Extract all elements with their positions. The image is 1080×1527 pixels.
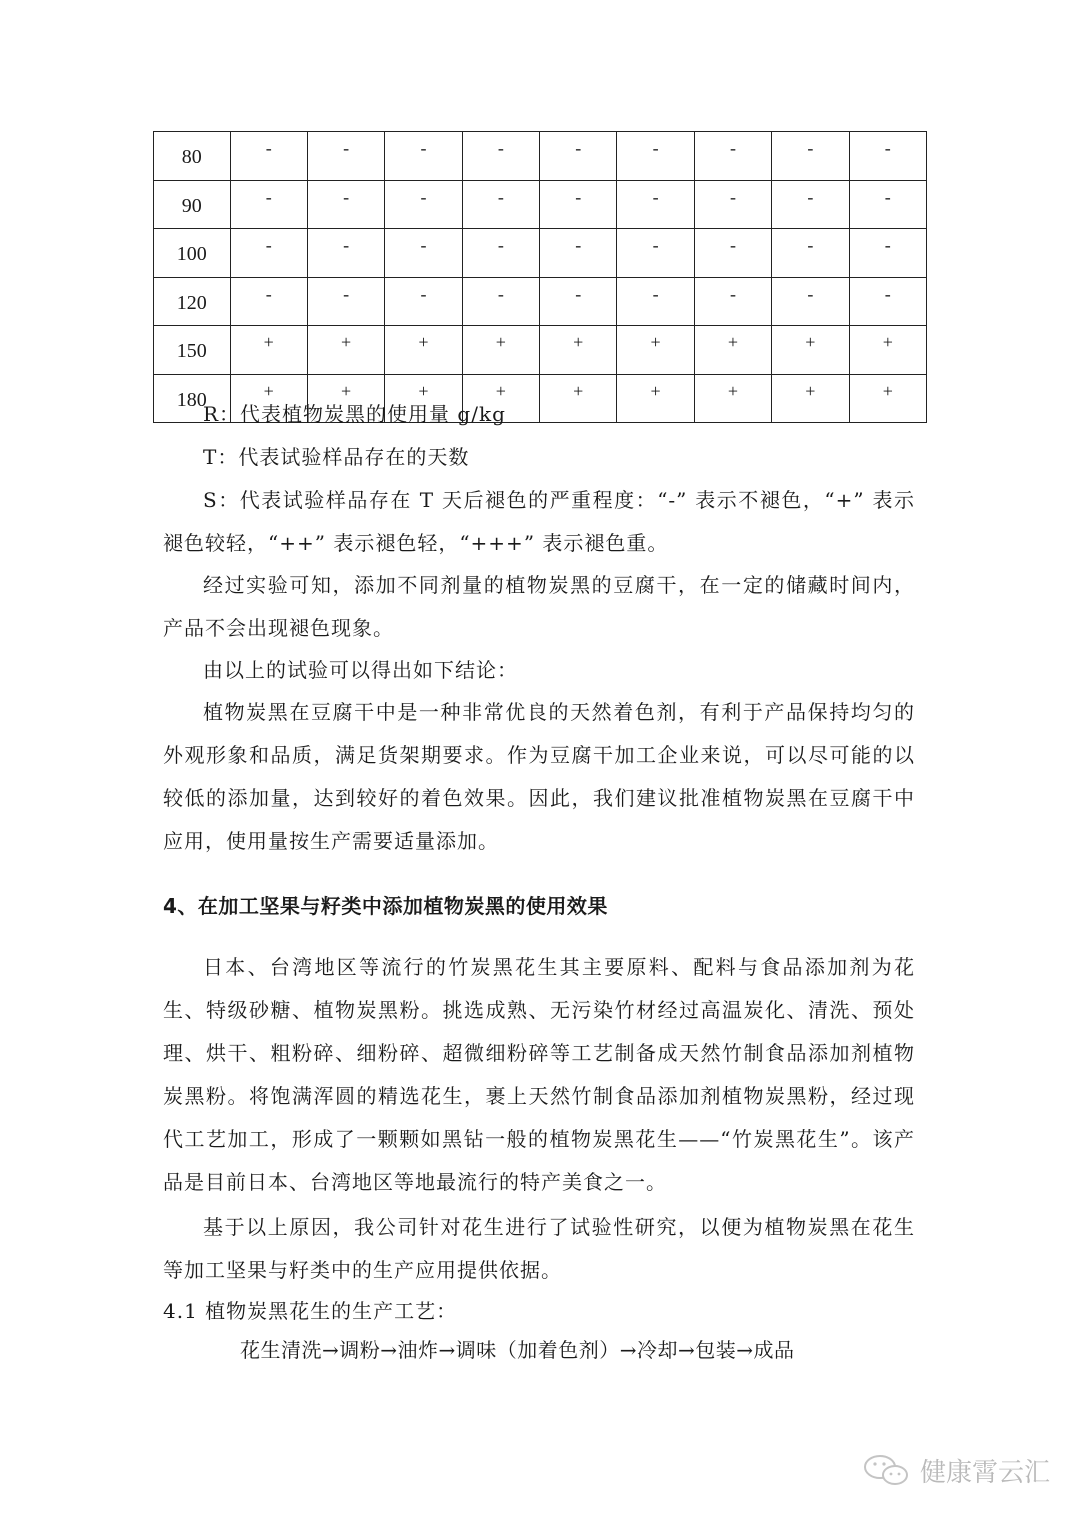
table-cell: - bbox=[540, 277, 617, 326]
table-cell: - bbox=[772, 229, 849, 278]
watermark: 健康霄云汇 bbox=[862, 1452, 1050, 1489]
table-cell: - bbox=[307, 229, 384, 278]
table-cell: + bbox=[694, 326, 771, 375]
table-cell: - bbox=[385, 180, 462, 229]
table-row: 120 - - - - - - - - - bbox=[154, 277, 927, 326]
wechat-icon bbox=[862, 1453, 912, 1489]
experiment-result-paragraph: 经过实验可知，添加不同剂量的植物炭黑的豆腐干，在一定的储藏时间内，产品不会出现褪… bbox=[163, 564, 915, 650]
table-cell: + bbox=[540, 326, 617, 375]
table-cell: - bbox=[694, 132, 771, 181]
legend-s: S：代表试验样品存在 T 天后褪色的严重程度：“-” 表示不褪色，“+” 表示褪… bbox=[163, 479, 915, 565]
table-cell: - bbox=[849, 132, 926, 181]
table-cell: - bbox=[230, 277, 307, 326]
table-cell: - bbox=[385, 229, 462, 278]
table-cell: - bbox=[462, 229, 539, 278]
table-cell: - bbox=[307, 132, 384, 181]
legend-r: R：代表植物炭黑的使用量 g/kg bbox=[163, 393, 915, 436]
table-cell: - bbox=[694, 229, 771, 278]
table-cell: + bbox=[849, 326, 926, 375]
table-cell: + bbox=[385, 326, 462, 375]
table-cell: - bbox=[462, 277, 539, 326]
subsection-heading: 4.1 植物炭黑花生的生产工艺： bbox=[163, 1290, 915, 1333]
table-cell: - bbox=[307, 180, 384, 229]
table-cell: + bbox=[230, 326, 307, 375]
table-cell: - bbox=[617, 180, 694, 229]
row-header: 90 bbox=[154, 180, 231, 229]
legend-t: T：代表试验样品存在的天数 bbox=[163, 436, 915, 479]
table-cell: - bbox=[772, 180, 849, 229]
table-cell: - bbox=[849, 229, 926, 278]
table-row: 100 - - - - - - - - - bbox=[154, 229, 927, 278]
table-cell: + bbox=[617, 326, 694, 375]
table-cell: + bbox=[462, 326, 539, 375]
table-cell: - bbox=[849, 180, 926, 229]
table-cell: - bbox=[230, 132, 307, 181]
table-cell: - bbox=[385, 277, 462, 326]
table-row: 80 - - - - - - - - - bbox=[154, 132, 927, 181]
table-cell: - bbox=[230, 229, 307, 278]
table-cell: - bbox=[617, 229, 694, 278]
table-cell: - bbox=[462, 180, 539, 229]
table-cell: - bbox=[230, 180, 307, 229]
fading-test-table: 80 - - - - - - - - - 90 - - - - - - - - bbox=[153, 131, 927, 423]
table-row: 150 + + + + + + + + + bbox=[154, 326, 927, 375]
document-page: 80 - - - - - - - - - 90 - - - - - - - - bbox=[0, 0, 1080, 1527]
table-cell: - bbox=[540, 180, 617, 229]
table-cell: - bbox=[617, 132, 694, 181]
research-purpose-paragraph: 基于以上原因，我公司针对花生进行了试验性研究，以便为植物炭黑在花生等加工坚果与籽… bbox=[163, 1206, 915, 1292]
section-intro-paragraph: 日本、台湾地区等流行的竹炭黑花生其主要原料、配料与食品添加剂为花生、特级砂糖、植… bbox=[163, 946, 915, 1204]
table-cell: - bbox=[849, 277, 926, 326]
row-header: 100 bbox=[154, 229, 231, 278]
row-header: 150 bbox=[154, 326, 231, 375]
conclusion-intro: 由以上的试验可以得出如下结论： bbox=[163, 649, 915, 692]
table-cell: - bbox=[617, 277, 694, 326]
watermark-text: 健康霄云汇 bbox=[920, 1452, 1050, 1489]
table-cell: - bbox=[307, 277, 384, 326]
table-cell: - bbox=[540, 132, 617, 181]
table-cell: + bbox=[307, 326, 384, 375]
row-header: 120 bbox=[154, 277, 231, 326]
table-cell: - bbox=[694, 277, 771, 326]
process-flow: 花生清洗→调粉→油炸→调味（加着色剂）→冷却→包装→成品 bbox=[240, 1334, 795, 1363]
table-cell: - bbox=[462, 132, 539, 181]
table-cell: - bbox=[772, 277, 849, 326]
conclusion-paragraph: 植物炭黑在豆腐干中是一种非常优良的天然着色剂，有利于产品保持均匀的外观形象和品质… bbox=[163, 691, 915, 863]
table-cell: - bbox=[385, 132, 462, 181]
table-cell: - bbox=[694, 180, 771, 229]
section-heading: 4、在加工坚果与籽类中添加植物炭黑的使用效果 bbox=[163, 890, 608, 919]
row-header: 80 bbox=[154, 132, 231, 181]
table-cell: + bbox=[772, 326, 849, 375]
table-row: 90 - - - - - - - - - bbox=[154, 180, 927, 229]
table-cell: - bbox=[540, 229, 617, 278]
table-cell: - bbox=[772, 132, 849, 181]
